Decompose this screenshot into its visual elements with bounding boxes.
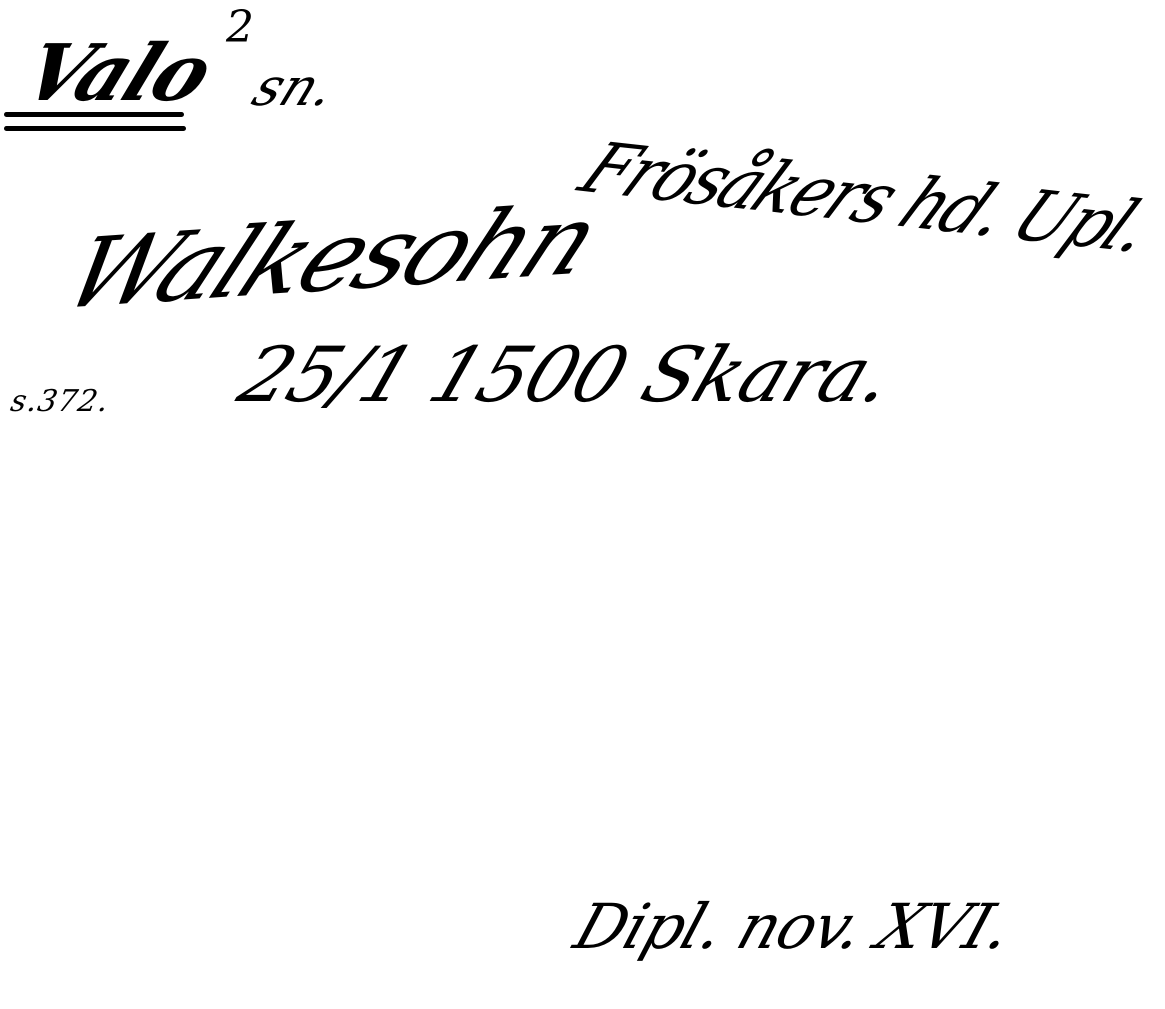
parish-underline-1	[4, 112, 184, 117]
parish-underline-2	[4, 126, 186, 131]
parish-superscript: 2	[226, 2, 254, 53]
district-label: Frösåkers hd. Upl.	[566, 128, 1165, 268]
parish-name: Valo	[10, 28, 224, 119]
date-place: 25/1 1500 Skara.	[228, 330, 906, 419]
parish-suffix: sn.	[244, 58, 345, 118]
page-reference: s.372.	[8, 384, 112, 419]
person-name: Walkesohn	[46, 183, 615, 332]
source-citation: Dipl. nov. XVI.	[566, 890, 1021, 963]
